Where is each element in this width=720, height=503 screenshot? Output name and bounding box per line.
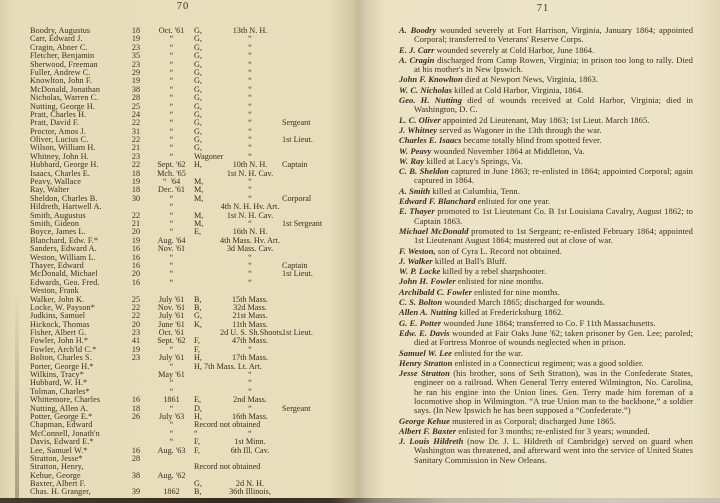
note-text: wounded March 1865; discharged for wound…: [444, 297, 605, 307]
soldier-note: Geo. H. Nutting died of wounds received …: [399, 96, 693, 115]
soldier-name: A. Smith: [399, 186, 430, 196]
note-text: enlisted for one year.: [478, 196, 550, 206]
muster-date: Aug. '62: [149, 472, 194, 481]
note-text: wounded severely at Fort Harrison, Virgi…: [414, 25, 693, 44]
soldier-note: F. Weston, son of Cyra L. Record not obt…: [399, 247, 693, 256]
soldier-age: 28: [123, 455, 149, 464]
soldier-note: George Kehue mustered in as Corporal; di…: [399, 417, 693, 426]
rank: Sergeant: [280, 405, 352, 414]
company-letter: E,: [194, 228, 220, 237]
soldier-note: Archibald C. Fowler enlisted for nine mo…: [399, 288, 693, 297]
page-number-left: 70: [166, 1, 200, 12]
soldier-name: W. P. Locke: [399, 266, 440, 276]
soldier-name: Edward F. Blanchard: [399, 196, 476, 206]
company-letter: K,: [194, 321, 220, 330]
soldier-note: C. S. Bolton wounded March 1865; dischar…: [399, 298, 693, 307]
soldier-note: A. Boodry wounded severely at Fort Harri…: [399, 26, 693, 45]
soldier-note: Albert F. Baxter enlisted for 3 months; …: [399, 427, 693, 436]
soldier-note: Edward F. Blanchard enlisted for one yea…: [399, 197, 693, 206]
soldier-note: G. E. Potter wounded June 1864; transfer…: [399, 319, 693, 328]
page-number-right: 71: [526, 3, 560, 14]
soldier-name: John F. Knowlton: [399, 74, 463, 84]
regiment: 36th Illinois,: [220, 488, 280, 497]
soldier-note: C. B. Sheldon captured in June 1863; re-…: [399, 167, 693, 186]
note-text: captured in June 1863; re-enlisted in 18…: [414, 166, 693, 185]
rank: Corporal: [280, 195, 352, 204]
company-letter: H, 7th Mass. Lt. Art.: [194, 363, 220, 372]
note-text: enlisted for nine months.: [474, 287, 560, 297]
page-edge-shadow: [15, 288, 19, 498]
soldier-age: 16: [123, 279, 149, 288]
rank: Captain: [280, 161, 352, 170]
soldier-name: F. Weston,: [399, 246, 436, 256]
soldier-note: Henry Stratton enlisted in a Connecticut…: [399, 359, 693, 368]
soldier-note: Samuel W. Lee enlisted for the war.: [399, 349, 693, 358]
soldier-note: John H. Fowler enlisted for nine months.: [399, 277, 693, 286]
note-text: wounded severely at Cold Harbor, June 18…: [437, 45, 595, 55]
soldier-note: J. Louis Hildreth (now Dr. J. L. Hildret…: [399, 437, 693, 465]
soldier-note: Jesse Stratton (his brother, sons of Set…: [399, 369, 693, 415]
note-text: killed at Fredericksburg 1862.: [460, 307, 564, 317]
note-text: wounded at Fair Oaks June '62; taken pri…: [414, 328, 693, 347]
note-text: killed by a rebel sharpshooter.: [443, 266, 547, 276]
soldier-note: J. Walker killed at Ball's Bluff.: [399, 257, 693, 266]
note-text: enlisted for 3 months; re-enlisted for 3…: [458, 426, 649, 436]
soldier-note: Edw. E. Davis wounded at Fair Oaks June …: [399, 329, 693, 348]
soldier-name: Samuel W. Lee: [399, 348, 452, 358]
soldier-roster-table: Boodry, Augustus 18 Oct. '61 G, 13th N. …: [30, 27, 350, 497]
note-text: wounded November 1864 at Middleton, Va.: [434, 146, 585, 156]
note-text: (his brother, sons of Seth Stratton), wa…: [414, 368, 693, 415]
soldier-age: 26: [123, 413, 149, 422]
rank: 1st Lieut.: [280, 329, 352, 338]
soldier-name: John H. Fowler: [399, 276, 456, 286]
note-text: killed at Ball's Bluff.: [435, 256, 507, 266]
soldier-name: Archibald C. Fowler: [399, 287, 472, 297]
soldier-note: Allen A. Nutting killed at Fredericksbur…: [399, 308, 693, 317]
soldier-note: J. Whitney served as Wagoner in the 13th…: [399, 126, 693, 135]
soldier-name: L. C. Oliver: [399, 115, 441, 125]
soldier-age: 38: [123, 472, 149, 481]
company-letter: Record not obtained: [194, 463, 220, 472]
note-text: became totally blind from spotted fever.: [464, 135, 602, 145]
soldier-note: John F. Knowlton died at Newport News, V…: [399, 75, 693, 84]
soldier-name: G. E. Potter: [399, 318, 441, 328]
soldier-name: W. C. Nicholas: [399, 85, 452, 95]
soldier-note: W. Peavy wounded November 1864 at Middle…: [399, 147, 693, 156]
soldier-name: J. Walker: [399, 256, 433, 266]
note-text: mustered in as Corporal; discharged June…: [452, 416, 616, 426]
soldier-name: J. Whitney: [399, 125, 437, 135]
page-bottom-edge: [0, 498, 720, 503]
soldier-name: Henry Stratton: [399, 358, 452, 368]
muster-date: “: [149, 279, 194, 288]
soldier-note: W. C. Nicholas killed at Cold Harbor, Vi…: [399, 86, 693, 95]
soldier-name: Charles E. Isaacs: [399, 135, 462, 145]
note-text: died at Newport News, Virginia, 1863.: [465, 74, 598, 84]
soldier-notes-list: A. Boodry wounded severely at Fort Harri…: [399, 26, 693, 466]
soldier-note: W. P. Locke killed by a rebel sharpshoot…: [399, 267, 693, 276]
soldier-name: C. S. Bolton: [399, 297, 442, 307]
note-text: served as Wagoner in the 13th through th…: [439, 125, 601, 135]
note-text: enlisted in a Connecticut regiment; was …: [455, 358, 644, 368]
soldier-note: A. Smith killed at Columbia, Tenn.: [399, 187, 693, 196]
soldier-name: George Kehue: [399, 416, 450, 426]
note-text: son of Cyra L. Record not obtained.: [438, 246, 562, 256]
company-letter: F,: [194, 447, 220, 456]
note-text: killed at Cold Harbor, Virginia, 1864.: [454, 85, 583, 95]
soldier-name: Allen A. Nutting: [399, 307, 457, 317]
soldier-name: Albert F. Baxter: [399, 426, 456, 436]
note-text: appointed 2d Lieutenant, May 1863; 1st L…: [443, 115, 650, 125]
soldier-note: Charles E. Isaacs became totally blind f…: [399, 136, 693, 145]
soldier-age: 30: [123, 195, 149, 204]
roster-row: Chas. H. Granger, 39 1862 B, 36th Illino…: [30, 488, 350, 496]
roster-row: Peavy, Wallace 19 “ '64 M, “: [30, 178, 350, 186]
note-text: wounded June 1864; transferred to Co. F …: [443, 318, 655, 328]
note-text: promoted to 1st Lieutenant Co. B 1st Lou…: [414, 206, 693, 225]
soldier-note: Michael McDonald promoted to 1st Sergean…: [399, 227, 693, 246]
soldier-note: A. Cragin discharged from Camp Rowen, Vi…: [399, 56, 693, 75]
rank: 1st Lieut.: [280, 270, 352, 279]
company-letter: H,: [194, 161, 220, 170]
company-letter: B,: [194, 488, 220, 497]
note-text: discharged from Camp Rowen, Virginia; in…: [414, 55, 693, 74]
soldier-name: W. Ray: [399, 156, 424, 166]
soldier-age: 39: [123, 488, 149, 497]
muster-date: 1862: [149, 488, 194, 497]
soldier-age: 23: [123, 354, 149, 363]
note-text: killed at Lacy's Springs, Va.: [426, 156, 522, 166]
soldier-name: W. Peavy: [399, 146, 431, 156]
soldier-note: W. Ray killed at Lacy's Springs, Va.: [399, 157, 693, 166]
regiment: 6th Ill. Cav.: [220, 447, 280, 456]
note-text: enlisted for nine months.: [458, 276, 544, 286]
rank: Sergeant: [280, 119, 352, 128]
soldier-note: L. C. Oliver appointed 2d Lieutenant, Ma…: [399, 116, 693, 125]
company-letter: M,: [194, 195, 220, 204]
soldier-note: E. Thayer promoted to 1st Lieutenant Co.…: [399, 207, 693, 226]
book-spread: 70 Boodry, Augustus 18 Oct. '61 G, 13th …: [0, 0, 720, 503]
rank: 1st Sergeant: [280, 220, 352, 229]
soldier-note: E. J. Carr wounded severely at Cold Harb…: [399, 46, 693, 55]
soldier-name: E. J. Carr: [399, 45, 434, 55]
soldier-name: Chas. H. Granger,: [30, 488, 123, 497]
note-text: killed at Columbia, Tenn.: [432, 186, 520, 196]
rank: 1st Lieut.: [280, 136, 352, 145]
regiment: “: [220, 279, 280, 288]
note-text: enlisted for the war.: [454, 348, 523, 358]
muster-date: Aug. '63: [149, 447, 194, 456]
